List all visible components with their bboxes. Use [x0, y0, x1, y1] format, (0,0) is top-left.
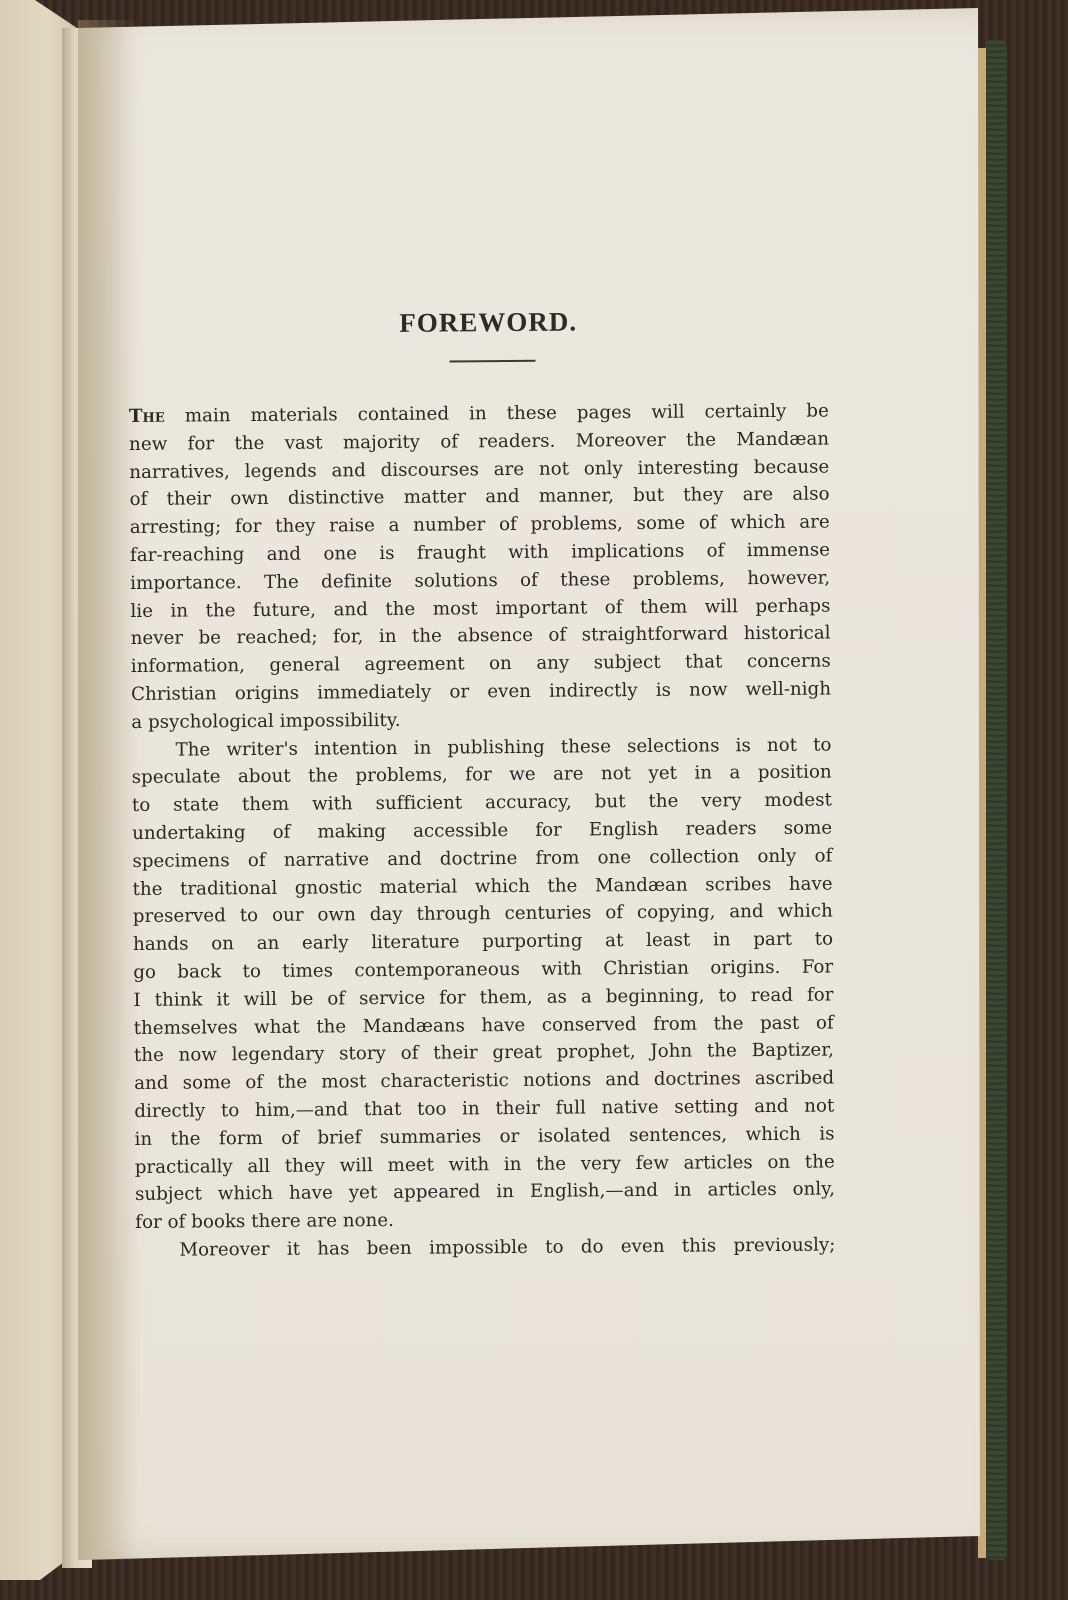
- page-title: FOREWORD.: [128, 305, 828, 341]
- text-line: subject which have yet appeared in Engli…: [135, 1176, 835, 1209]
- text-line: Moreover it has been impossible to do ev…: [135, 1231, 835, 1264]
- paragraph-1: The main materials contained in these pa…: [129, 397, 832, 736]
- book-cover-edge: [985, 40, 1007, 1560]
- title-rule: [449, 360, 535, 363]
- page-text-block: FOREWORD. The main materials contained i…: [128, 295, 836, 1265]
- drop-lead-word: The: [129, 406, 165, 427]
- paragraph-2: The writer's intention in publishing the…: [131, 731, 835, 1237]
- paragraph-3: Moreover it has been impossible to do ev…: [135, 1231, 835, 1264]
- text-line: Christian origins immediately or even in…: [131, 675, 831, 708]
- foreword-body: The main materials contained in these pa…: [129, 397, 836, 1264]
